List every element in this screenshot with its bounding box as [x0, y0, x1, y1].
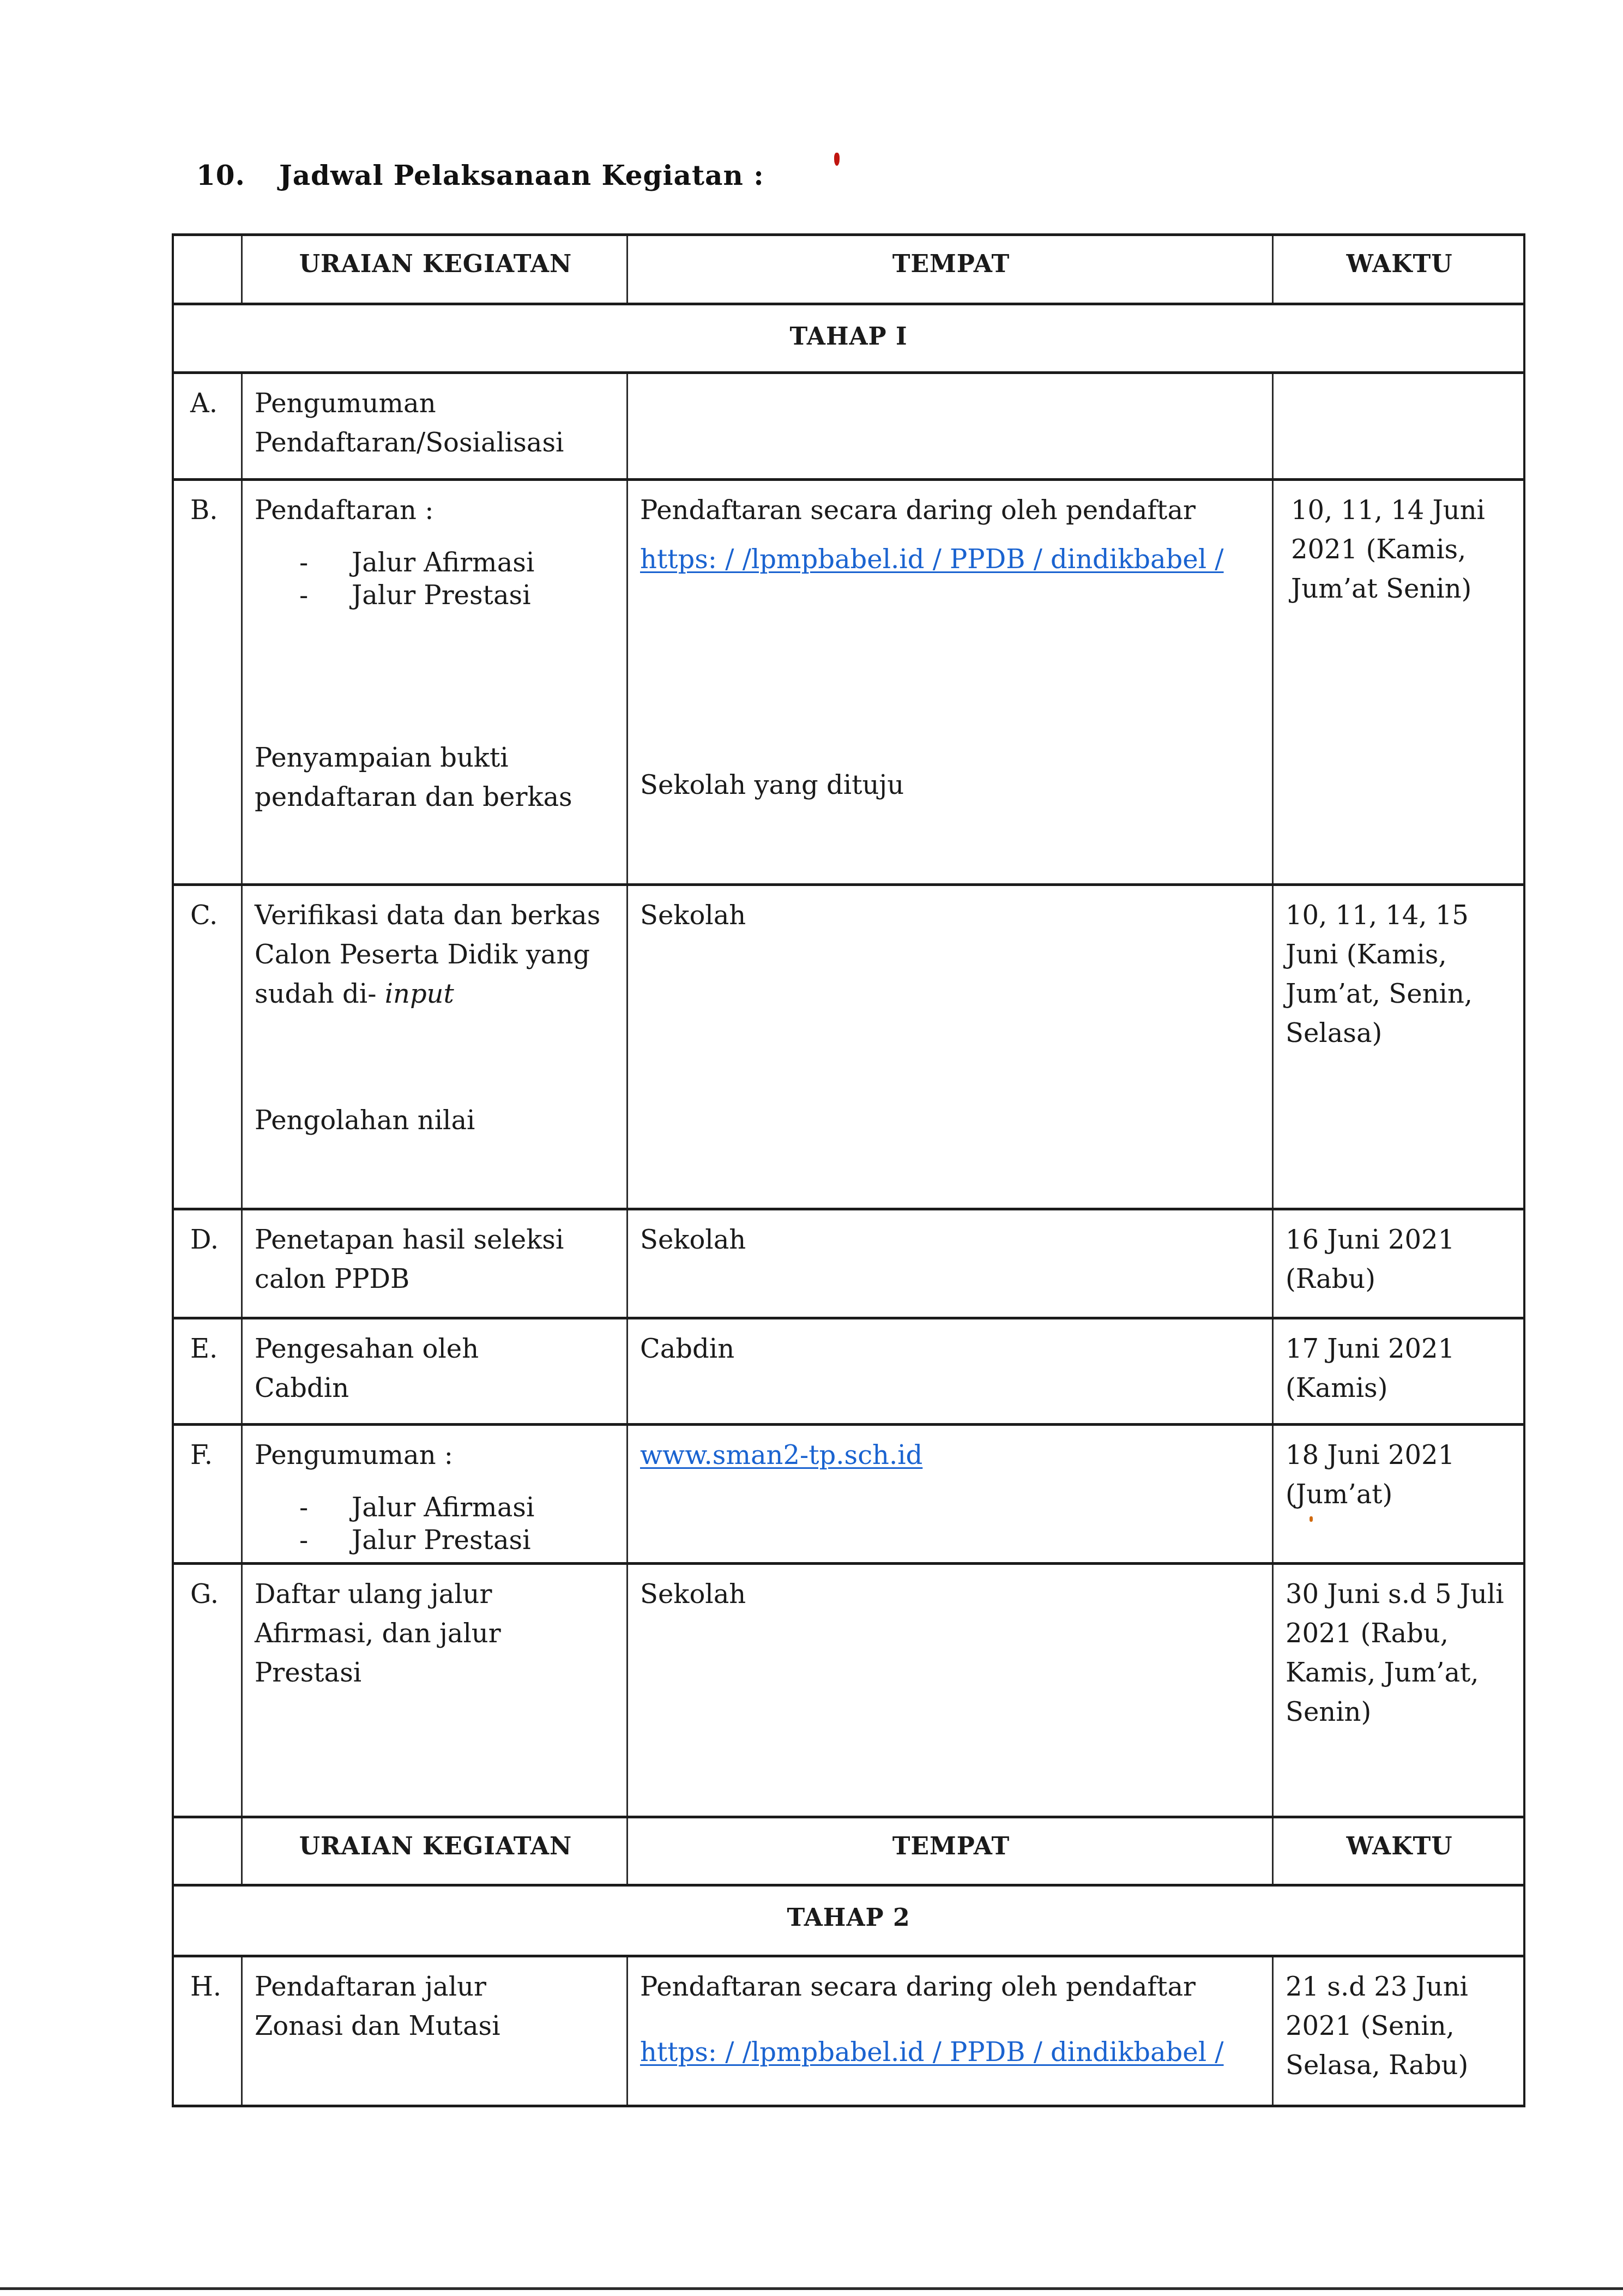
- school-website-link[interactable]: www.sman2-tp.sch.id: [640, 1440, 922, 1471]
- activity-cell: Pengesahan oleh Cabdin: [241, 1319, 626, 1423]
- row-letter: C.: [174, 886, 241, 1208]
- time-cell: 30 Juni s.d 5 Juli 2021 (Rabu, Kamis, Ju…: [1272, 1565, 1523, 1816]
- place-cell: Sekolah: [626, 1565, 1272, 1816]
- time-text: 18 Juni 2021 (Jum’at): [1286, 1440, 1455, 1510]
- row-letter: D.: [174, 1210, 241, 1317]
- header-activity: URAIAN KEGIATAN: [241, 236, 626, 303]
- table-row: D. Penetapan hasil seleksi calon PPDB Se…: [174, 1208, 1523, 1317]
- list-item: Jalur Afirmasi: [255, 1491, 617, 1524]
- table-row: B. Pendaftaran : Jalur Afirmasi Jalur Pr…: [174, 478, 1523, 883]
- list-item: Jalur Afirmasi: [255, 546, 617, 579]
- table-row: H. Pendaftaran jalur Zonasi dan Mutasi P…: [174, 1955, 1523, 2107]
- activity-cell: Verifikasi data dan berkas Calon Peserta…: [241, 886, 626, 1208]
- time-cell: 17 Juni 2021 (Kamis): [1272, 1319, 1523, 1423]
- activity-text: Pendaftaran :: [255, 491, 617, 530]
- place-cell: Pendaftaran secara daring oleh pendaftar…: [626, 1957, 1272, 2105]
- pathway-list: Jalur Afirmasi Jalur Prestasi: [255, 546, 617, 612]
- header-place: TEMPAT: [626, 1818, 1272, 1884]
- registration-link[interactable]: https: / /lpmpbabel.id / PPDB / dindikba…: [640, 2037, 1224, 2068]
- header-time: WAKTU: [1272, 1818, 1523, 1884]
- stage-1-heading: TAHAP I: [174, 303, 1523, 371]
- header-place: TEMPAT: [626, 236, 1272, 303]
- time-cell: 21 s.d 23 Juni 2021 (Senin, Selasa, Rabu…: [1272, 1957, 1523, 2105]
- activity-cell: Pendaftaran jalur Zonasi dan Mutasi: [241, 1957, 626, 2105]
- place-text: Pendaftaran secara daring oleh pendaftar: [640, 1967, 1262, 2006]
- table-row: E. Pengesahan oleh Cabdin Cabdin 17 Juni…: [174, 1317, 1523, 1423]
- ink-mark: [834, 153, 840, 166]
- row-letter: H.: [174, 1957, 241, 2105]
- time-cell: 10, 11, 14 Juni 2021 (Kamis, Jum’at Seni…: [1272, 481, 1523, 883]
- header-letter-cell: [174, 1818, 241, 1884]
- header-letter-cell: [174, 236, 241, 303]
- time-cell: [1272, 374, 1523, 478]
- time-cell: 16 Juni 2021 (Rabu): [1272, 1210, 1523, 1317]
- section-heading: 10. Jadwal Pelaksanaan Kegiatan :: [196, 159, 764, 191]
- activity-cell: Pengumuman : Jalur Afirmasi Jalur Presta…: [241, 1426, 626, 1562]
- list-item: Jalur Prestasi: [255, 579, 617, 612]
- activity-text-secondary: Pengolahan nilai: [255, 1101, 617, 1140]
- time-cell: 10, 11, 14, 15 Juni (Kamis, Jum’at, Seni…: [1272, 886, 1523, 1208]
- time-cell: 18 Juni 2021 (Jum’at): [1272, 1426, 1523, 1562]
- place-cell: [626, 374, 1272, 478]
- pathway-list: Jalur Afirmasi Jalur Prestasi: [255, 1491, 617, 1557]
- activity-cell: Pendaftaran : Jalur Afirmasi Jalur Prest…: [241, 481, 626, 883]
- activity-cell: Pengumuman Pendaftaran/Sosialisasi: [241, 374, 626, 478]
- place-text-secondary: Sekolah yang dituju: [640, 766, 1262, 805]
- table-header-row-repeat: URAIAN KEGIATAN TEMPAT WAKTU: [174, 1816, 1523, 1884]
- activity-cell: Daftar ulang jalur Afirmasi, dan jalur P…: [241, 1565, 626, 1816]
- activity-text: Verifikasi data dan berkas Calon Peserta…: [255, 896, 617, 1014]
- activity-text: Pengumuman :: [255, 1436, 617, 1475]
- table-header-row: URAIAN KEGIATAN TEMPAT WAKTU: [174, 233, 1523, 303]
- ink-speck: [1310, 1516, 1313, 1522]
- stage-2-heading: TAHAP 2: [174, 1884, 1523, 1955]
- row-letter: F.: [174, 1426, 241, 1562]
- row-letter: G.: [174, 1565, 241, 1816]
- table-row: G. Daftar ulang jalur Afirmasi, dan jalu…: [174, 1562, 1523, 1816]
- activity-text-italic: input: [385, 979, 454, 1009]
- header-time: WAKTU: [1272, 236, 1523, 303]
- list-item: Jalur Prestasi: [255, 1524, 617, 1557]
- place-text: Pendaftaran secara daring oleh pendaftar: [640, 491, 1262, 530]
- page-bottom-edge: [0, 2287, 1623, 2290]
- activity-cell: Penetapan hasil seleksi calon PPDB: [241, 1210, 626, 1317]
- registration-link[interactable]: https: / /lpmpbabel.id / PPDB / dindikba…: [640, 544, 1224, 575]
- place-cell: Sekolah: [626, 1210, 1272, 1317]
- row-letter: E.: [174, 1319, 241, 1423]
- header-activity: URAIAN KEGIATAN: [241, 1818, 626, 1884]
- table-row: A. Pengumuman Pendaftaran/Sosialisasi: [174, 371, 1523, 478]
- place-cell: Cabdin: [626, 1319, 1272, 1423]
- place-cell: www.sman2-tp.sch.id: [626, 1426, 1272, 1562]
- place-cell: Sekolah: [626, 886, 1272, 1208]
- schedule-table: URAIAN KEGIATAN TEMPAT WAKTU TAHAP I A. …: [172, 233, 1525, 2107]
- place-cell: Pendaftaran secara daring oleh pendaftar…: [626, 481, 1272, 883]
- section-number: 10.: [196, 159, 245, 191]
- row-letter: A.: [174, 374, 241, 478]
- table-row: C. Verifikasi data dan berkas Calon Pese…: [174, 883, 1523, 1208]
- activity-text-secondary: Penyampaian bukti pendaftaran dan berkas: [255, 738, 617, 817]
- row-letter: B.: [174, 481, 241, 883]
- section-title: Jadwal Pelaksanaan Kegiatan :: [279, 159, 764, 191]
- table-row: F. Pengumuman : Jalur Afirmasi Jalur Pre…: [174, 1423, 1523, 1562]
